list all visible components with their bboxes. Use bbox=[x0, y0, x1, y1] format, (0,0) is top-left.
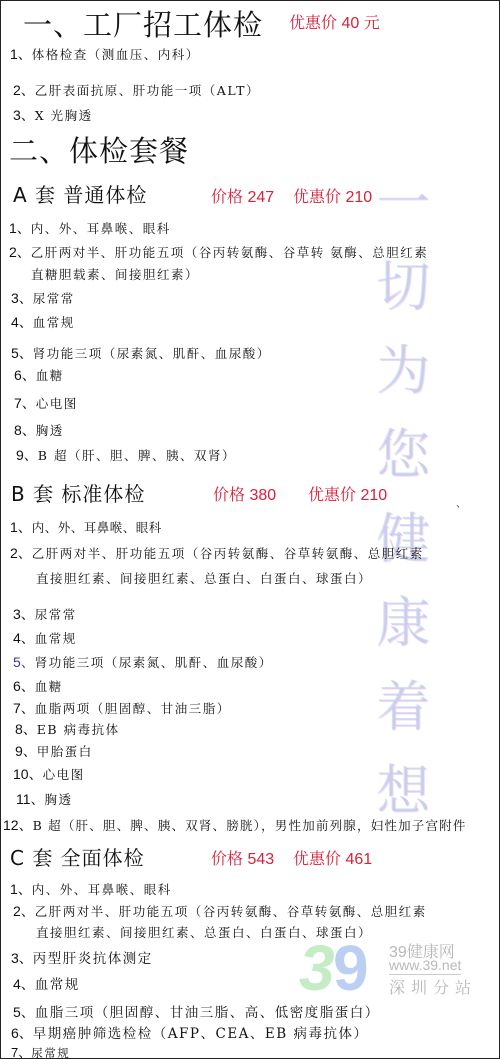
list-item: 9、甲胎蛋白 bbox=[15, 741, 93, 761]
list-item: 11、胸透 bbox=[16, 789, 73, 809]
list-item: 6、血糖 bbox=[14, 365, 64, 385]
section2-title: 二、体检套餐 bbox=[9, 129, 189, 170]
list-item: 1、内、外、耳鼻喉、眼科 bbox=[9, 218, 171, 238]
list-item: 7、血脂两项（胆固醇、甘油三脂） bbox=[13, 698, 231, 718]
list-item: 8、EB 病毒抗体 bbox=[15, 719, 120, 739]
section1-title: 一、工厂招工体检 bbox=[23, 3, 263, 44]
list-item: 2、乙肝两对半、肝功能五项（谷丙转氨酶、谷草转 氨酶、总胆红素 bbox=[9, 242, 428, 262]
list-item: 3、丙型肝炎抗体测定 bbox=[11, 947, 153, 968]
list-item: 6、血糖 bbox=[13, 676, 63, 696]
list-item: 9、B 超（肝、胆、脾、胰、双肾） bbox=[16, 445, 236, 465]
list-item: 12、B 超（肝、胆、脾、胰、双肾、膀胱），男性加前列腺，妇性加子宫附件 bbox=[3, 815, 467, 835]
watermark-char: 康 bbox=[363, 581, 443, 665]
list-item: 2、乙肝两对半、肝功能五项（谷丙转氨酶、谷草转氨酶、总胆红素 bbox=[10, 543, 424, 563]
watermark-char: 为 bbox=[363, 329, 443, 413]
list-item: 10、心电图 bbox=[13, 764, 85, 784]
logo-digit-9: 9 bbox=[333, 931, 369, 1005]
list-item: 直接胆红素、间接胆红素、总蛋白、白蛋白、球蛋白） bbox=[36, 569, 372, 587]
list-item: 3、尿常常 bbox=[13, 604, 77, 624]
watermark-char: 着 bbox=[363, 665, 443, 749]
package-c-price: 价格 543 bbox=[211, 846, 274, 869]
list-item: 5、肾功能三项（尿素氮、肌酐、血尿酸） bbox=[13, 652, 273, 672]
logo-branch: 深圳分站 bbox=[389, 975, 477, 998]
stray-mark: 、 bbox=[456, 495, 466, 510]
package-b-discount: 优惠价 210 bbox=[308, 482, 387, 505]
list-item: 8、胸透 bbox=[14, 420, 64, 440]
logo-url: www.39.net bbox=[389, 957, 461, 975]
logo-digit-3: 3 bbox=[299, 931, 335, 1005]
list-item: 2、乙肝表面抗原、肝功能一项（ALT） bbox=[13, 80, 260, 100]
list-item: 6、早期癌肿筛选检检（AFP、CEA、EB 病毒抗体） bbox=[11, 1022, 369, 1043]
list-item: 直糖胆载素、间接胆红素） bbox=[31, 265, 199, 283]
package-b-title: B 套 标准体检 bbox=[11, 478, 145, 507]
list-item: 4、血常规 bbox=[13, 973, 80, 994]
package-a-price: 价格 247 bbox=[211, 184, 274, 207]
health-checkup-flyer: 一 切 为 您 健 康 着 想 一、工厂招工体检 优惠价 40 元 1、体格检查… bbox=[0, 0, 500, 1059]
list-item: 1、体格检查（测血压、内科） bbox=[10, 44, 200, 64]
watermark-char: 健 bbox=[363, 497, 443, 581]
list-item: 3、尿常常 bbox=[11, 288, 75, 308]
list-item: 5、肾功能三项（尿素氮、肌酐、血尿酸） bbox=[11, 343, 271, 363]
list-item: 2、乙肝两对半、肝功能五项（谷丙转氨酶、谷草转氨酶、总胆红素 bbox=[13, 901, 427, 921]
package-a-title: A 套 普通体检 bbox=[13, 179, 147, 208]
package-c-title: C 套 全面体检 bbox=[10, 842, 145, 871]
list-item: 1、内、外、耳鼻喉、眼科 bbox=[10, 879, 172, 899]
package-a-discount: 优惠价 210 bbox=[293, 184, 372, 207]
list-item: 3、X 光胸透 bbox=[13, 105, 93, 125]
list-item: 7、心电图 bbox=[14, 393, 78, 413]
list-item: 4、血常规 bbox=[11, 312, 75, 332]
package-c-discount: 优惠价 461 bbox=[293, 846, 372, 869]
watermark-char: 一 bbox=[363, 161, 443, 245]
package-b-price: 价格 380 bbox=[213, 482, 276, 505]
39-health-logo: 3 9 39健康网 www.39.net 深圳分站 bbox=[299, 937, 489, 997]
list-item: 1、内、外、耳鼻喉、眼科 bbox=[10, 517, 162, 537]
section1-discount: 优惠价 40 元 bbox=[289, 10, 380, 33]
list-item: 7、尿常规 bbox=[11, 1042, 70, 1059]
list-item: 4、血常规 bbox=[13, 628, 77, 648]
